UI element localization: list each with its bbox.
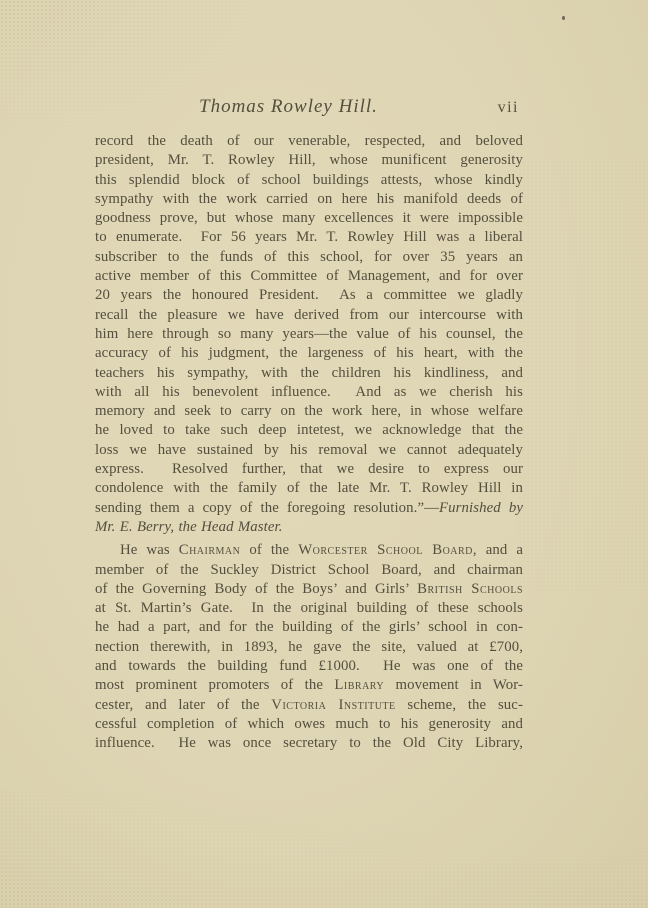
text-line: most prominent promoters of the Library … <box>95 676 523 695</box>
book-page: Thomas Rowley Hill. vii record the death… <box>0 0 648 908</box>
text-line: 20 years the honoured President. As a co… <box>95 286 523 305</box>
text-line: him here through so many years—the value… <box>95 325 523 344</box>
paper-texture-bottom-left <box>0 790 648 908</box>
text-line: active member of this Committee of Manag… <box>95 267 523 286</box>
text-line: he loved to take such deep intetest, we … <box>95 421 523 440</box>
text-line: of the Governing Body of the Boys’ and G… <box>95 580 523 599</box>
text-line: subscriber to the funds of this school, … <box>95 248 523 267</box>
paper-texture-top-left <box>0 0 300 150</box>
text-line: loss we have sustained by his removal we… <box>95 441 523 460</box>
text-line: president, Mr. T. Rowley Hill, whose mun… <box>95 151 523 170</box>
paragraph-biography: He was Chairman of the Worcester School … <box>95 541 523 753</box>
text-line: cester, and later of the Victoria Instit… <box>95 696 523 715</box>
text-line: teachers his sympathy, with the children… <box>95 364 523 383</box>
running-header: Thomas Rowley Hill. vii <box>95 96 523 122</box>
text-line: he had a part, and for the building of t… <box>95 618 523 637</box>
paragraph-resolution: record the death of our venerable, respe… <box>95 132 523 537</box>
text-line: influence. He was once secretary to the … <box>95 734 523 753</box>
text-line: member of the Suckley District School Bo… <box>95 561 523 580</box>
text-line: record the death of our venerable, respe… <box>95 132 523 151</box>
text-line: sending them a copy of the foregoing res… <box>95 499 523 518</box>
text-line: He was Chairman of the Worcester School … <box>95 541 523 560</box>
text-line: condolence with the family of the late M… <box>95 479 523 498</box>
page-number: vii <box>498 99 519 117</box>
text-line: this splendid block of school buildings … <box>95 171 523 190</box>
text-line: accuracy of his judgment, the largeness … <box>95 344 523 363</box>
text-line: memory and seek to carry on the work her… <box>95 402 523 421</box>
text-line: recall the pleasure we have derived from… <box>95 306 523 325</box>
text-line: with all his benevolent influence. And a… <box>95 383 523 402</box>
text-line: goodness prove, but whose many excellenc… <box>95 209 523 228</box>
text-line: at St. Martin’s Gate. In the original bu… <box>95 599 523 618</box>
text-line: Mr. E. Berry, the Head Master. <box>95 518 523 537</box>
running-header-title: Thomas Rowley Hill. <box>199 96 378 118</box>
text-line: to enumerate. For 56 years Mr. T. Rowley… <box>95 228 523 247</box>
text-line: express. Resolved further, that we desir… <box>95 460 523 479</box>
text-line: and towards the building fund £1000. He … <box>95 657 523 676</box>
text-line: nection therewith, in 1893, he gave the … <box>95 638 523 657</box>
text-line: cessful completion of which owes much to… <box>95 715 523 734</box>
body-text: record the death of our venerable, respe… <box>95 132 523 754</box>
text-line: sympathy with the work carried on here h… <box>95 190 523 209</box>
paper-texture-bottom-right <box>388 838 648 908</box>
paper-texture-right <box>518 160 648 590</box>
scan-speck <box>562 16 565 20</box>
